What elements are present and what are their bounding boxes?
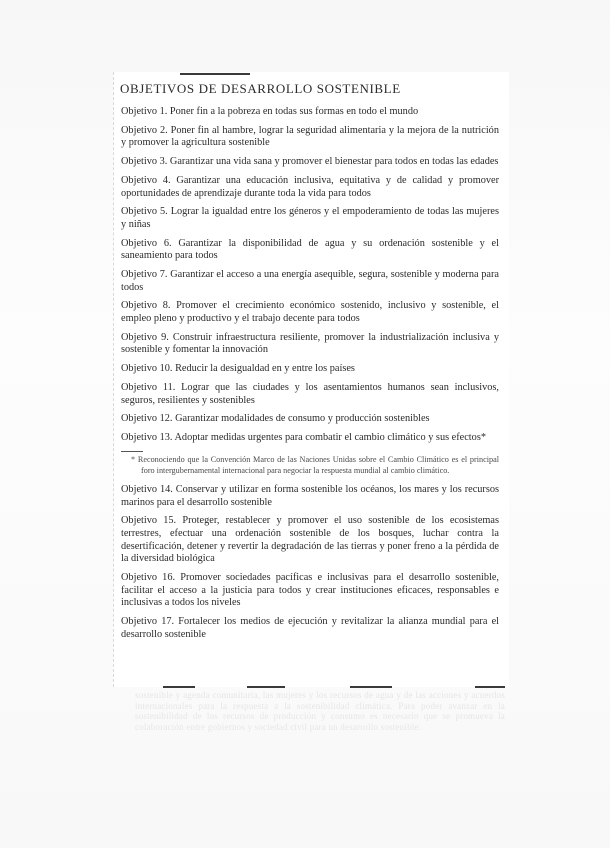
goal-item-4: Objetivo 4. Garantizar una educación inc… — [121, 175, 499, 200]
goal-item-16: Objetivo 16. Promover sociedades pacífic… — [121, 572, 499, 610]
goal-item-1: Objetivo 1. Poner fin a la pobreza en to… — [121, 106, 499, 119]
goal-label: Objetivo 2. — [121, 125, 168, 136]
goal-text: Adoptar medidas urgentes para combatir e… — [175, 432, 486, 443]
goal-item-7: Objetivo 7. Garantizar el acceso a una e… — [121, 269, 499, 294]
goal-text: Fortalecer los medios de ejecución y rev… — [121, 616, 499, 640]
goal-label: Objetivo 7. — [121, 269, 167, 280]
goal-item-2: Objetivo 2. Poner fin al hambre, lograr … — [121, 125, 499, 150]
goal-label: Objetivo 16. — [121, 572, 175, 583]
goal-label: Objetivo 4. — [121, 175, 171, 186]
goal-label: Objetivo 3. — [121, 156, 167, 167]
goal-item-15: Objetivo 15. Proteger, restablecer y pro… — [121, 515, 499, 565]
footnote-block: * Reconociendo que la Convención Marco d… — [121, 451, 499, 476]
goal-text: Reducir la desigualdad en y entre los pa… — [175, 363, 355, 374]
goal-label: Objetivo 17. — [121, 616, 174, 627]
goal-text: Garantizar el acceso a una energía asequ… — [121, 269, 499, 293]
top-divider — [180, 73, 250, 75]
goal-text: Garantizar modalidades de consumo y prod… — [175, 413, 430, 424]
goal-label: Objetivo 5. — [121, 206, 168, 217]
goals-list: Objetivo 1. Poner fin a la pobreza en to… — [121, 106, 499, 647]
footnote-divider — [121, 451, 143, 452]
goal-item-3: Objetivo 3. Garantizar una vida sana y p… — [121, 156, 499, 169]
goal-text: Construir infraestructura resiliente, pr… — [121, 332, 499, 356]
bottom-divider-marks — [0, 686, 610, 689]
goal-text: Proteger, restablecer y promover el uso … — [121, 515, 499, 564]
goal-label: Objetivo 14. — [121, 484, 173, 495]
goal-label: Objetivo 8. — [121, 300, 170, 311]
goal-item-11: Objetivo 11. Lograr que las ciudades y l… — [121, 382, 499, 407]
goal-item-5: Objetivo 5. Lograr la igualdad entre los… — [121, 206, 499, 231]
goal-text: Conservar y utilizar en forma sostenible… — [121, 484, 499, 508]
goal-text: Garantizar una vida sana y promover el b… — [170, 156, 499, 167]
goal-label: Objetivo 15. — [121, 515, 176, 526]
goal-item-9: Objetivo 9. Construir infraestructura re… — [121, 332, 499, 357]
page-title: OBJETIVOS DE DESARROLLO SOSTENIBLE — [120, 81, 401, 97]
goal-label: Objetivo 1. — [121, 106, 167, 117]
goal-text: Poner fin al hambre, lograr la seguridad… — [121, 125, 499, 149]
divider-mark — [247, 686, 285, 688]
goal-label: Objetivo 13. — [121, 432, 172, 443]
bleed-through-text: sostenible y agenda comunitaria, las muj… — [135, 690, 505, 732]
goal-item-17: Objetivo 17. Fortalecer los medios de ej… — [121, 616, 499, 641]
divider-mark — [475, 686, 505, 688]
goal-text: Lograr que las ciudades y los asentamien… — [121, 382, 499, 406]
goal-item-13: Objetivo 13. Adoptar medidas urgentes pa… — [121, 432, 499, 445]
goal-text: Lograr la igualdad entre los géneros y e… — [121, 206, 499, 230]
goal-label: Objetivo 11. — [121, 382, 175, 393]
goal-item-8: Objetivo 8. Promover el crecimiento econ… — [121, 300, 499, 325]
goal-text: Poner fin a la pobreza en todas sus form… — [170, 106, 418, 117]
goal-item-10: Objetivo 10. Reducir la desigualdad en y… — [121, 363, 499, 376]
goal-label: Objetivo 9. — [121, 332, 169, 343]
goal-text: Garantizar una educación inclusiva, equi… — [121, 175, 499, 199]
footnote-text: * Reconociendo que la Convención Marco d… — [121, 455, 499, 476]
goal-label: Objetivo 12. — [121, 413, 172, 424]
goal-item-12: Objetivo 12. Garantizar modalidades de c… — [121, 413, 499, 426]
goal-item-6: Objetivo 6. Garantizar la disponibilidad… — [121, 238, 499, 263]
goal-label: Objetivo 6. — [121, 238, 172, 249]
goal-text: Promover el crecimiento económico sosten… — [121, 300, 499, 324]
divider-mark — [163, 686, 195, 688]
goal-text: Garantizar la disponibilidad de agua y s… — [121, 238, 499, 262]
goal-text: Promover sociedades pacíficas e inclusiv… — [121, 572, 499, 608]
divider-mark — [350, 686, 392, 688]
goal-label: Objetivo 10. — [121, 363, 172, 374]
goal-item-14: Objetivo 14. Conservar y utilizar en for… — [121, 484, 499, 509]
